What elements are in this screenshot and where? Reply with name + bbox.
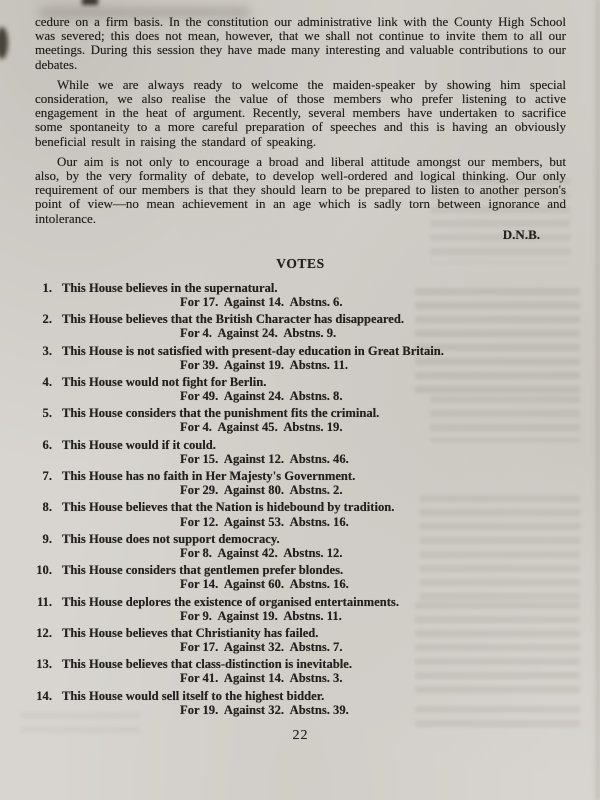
scan-smudge: [0, 27, 8, 59]
body-paragraph: Our aim is not only to encourage a broad…: [35, 155, 566, 226]
vote-item: 5. This House considers that the punishm…: [35, 406, 566, 434]
vote-number: 9.: [35, 532, 52, 546]
vote-item: 10. This House considers that gentlemen …: [35, 563, 566, 591]
vote-number: 6.: [35, 438, 52, 452]
vote-item: 4. This House would not fight for Berlin…: [35, 375, 566, 403]
page-content: cedure on a firm basis. In the constitut…: [35, 15, 566, 744]
vote-tally: For 8. Against 42. Abstns. 12.: [180, 546, 566, 560]
vote-item: 1. This House believes in the supernatur…: [35, 281, 566, 309]
vote-tally: For 39. Against 19. Abstns. 11.: [180, 358, 566, 372]
vote-number: 1.: [35, 281, 52, 295]
vote-tally: For 41. Against 14. Abstns. 3.: [180, 671, 566, 685]
vote-motion: This House believes that the Nation is h…: [62, 500, 566, 514]
vote-item: 11. This House deplores the existence of…: [35, 595, 566, 623]
vote-motion: This House considers that gentlemen pref…: [62, 563, 566, 577]
vote-motion: This House has no faith in Her Majesty's…: [62, 469, 566, 483]
vote-tally: For 9. Against 19. Abstns. 11.: [180, 609, 566, 623]
vote-motion: This House believes that the British Cha…: [62, 312, 566, 326]
vote-item: 7. This House has no faith in Her Majest…: [35, 469, 566, 497]
vote-item: 8. This House believes that the Nation i…: [35, 500, 566, 528]
vote-item: 14. This House would sell itself to the …: [35, 689, 566, 717]
vote-motion: This House is not satisfied with present…: [62, 344, 566, 358]
vote-tally: For 4. Against 45. Abstns. 19.: [180, 420, 566, 434]
scanned-page: cedure on a firm basis. In the constitut…: [0, 0, 600, 800]
page-edge-shadow: [594, 0, 600, 800]
vote-number: 4.: [35, 375, 52, 389]
vote-tally: For 49. Against 24. Abstns. 8.: [180, 389, 566, 403]
votes-heading: VOTES: [35, 256, 566, 272]
vote-motion: This House would if it could.: [62, 438, 566, 452]
vote-motion: This House would not fight for Berlin.: [62, 375, 566, 389]
vote-item: 6. This House would if it could. For 15.…: [35, 438, 566, 466]
vote-motion: This House believes that Christianity ha…: [62, 626, 566, 640]
body-paragraph: While we are always ready to welcome the…: [35, 78, 566, 149]
vote-motion: This House deplores the existence of org…: [62, 595, 566, 609]
vote-item: 3. This House is not satisfied with pres…: [35, 344, 566, 372]
vote-tally: For 14. Against 60. Abstns. 16.: [180, 577, 566, 591]
vote-item: 2. This House believes that the British …: [35, 312, 566, 340]
votes-list: 1. This House believes in the supernatur…: [35, 281, 566, 717]
vote-number: 3.: [35, 344, 52, 358]
vote-motion: This House believes that class-distincti…: [62, 657, 566, 671]
vote-motion: This House considers that the punishment…: [62, 406, 566, 420]
vote-tally: For 4. Against 24. Abstns. 9.: [180, 326, 566, 340]
vote-number: 12.: [35, 626, 52, 640]
vote-number: 8.: [35, 500, 52, 514]
vote-number: 7.: [35, 469, 52, 483]
vote-number: 14.: [35, 689, 52, 703]
author-initials: D.N.B.: [35, 228, 566, 242]
vote-tally: For 29. Against 80. Abstns. 2.: [180, 483, 566, 497]
vote-motion: This House does not support democracy.: [62, 532, 566, 546]
vote-tally: For 12. Against 53. Abstns. 16.: [180, 515, 566, 529]
page-number: 22: [35, 728, 566, 744]
vote-number: 13.: [35, 657, 52, 671]
vote-item: 9. This House does not support democracy…: [35, 532, 566, 560]
vote-tally: For 17. Against 32. Abstns. 7.: [180, 640, 566, 654]
vote-motion: This House believes in the supernatural.: [62, 281, 566, 295]
body-paragraph: cedure on a firm basis. In the constitut…: [35, 15, 566, 72]
vote-item: 13. This House believes that class-disti…: [35, 657, 566, 685]
vote-item: 12. This House believes that Christianit…: [35, 626, 566, 654]
scan-smudge: [82, 0, 98, 5]
vote-tally: For 19. Against 32. Abstns. 39.: [180, 703, 566, 717]
vote-tally: For 15. Against 12. Abstns. 46.: [180, 452, 566, 466]
vote-number: 11.: [35, 595, 52, 609]
vote-motion: This House would sell itself to the high…: [62, 689, 566, 703]
vote-number: 10.: [35, 563, 52, 577]
vote-tally: For 17. Against 14. Abstns. 6.: [180, 295, 566, 309]
vote-number: 5.: [35, 406, 52, 420]
vote-number: 2.: [35, 312, 52, 326]
